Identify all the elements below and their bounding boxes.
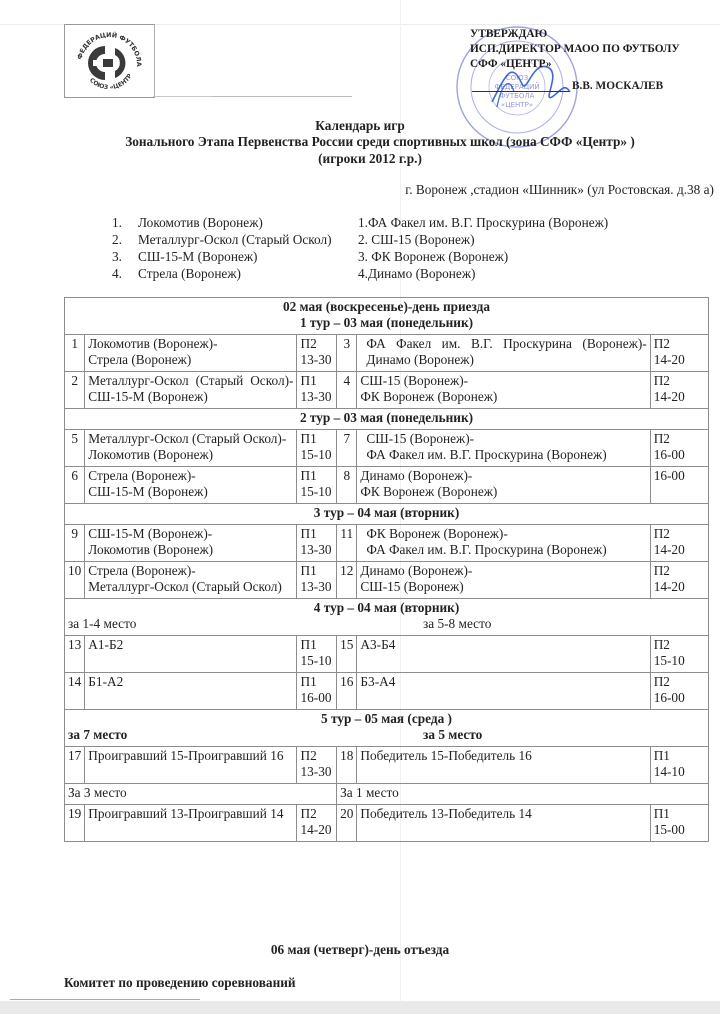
page-bottom-edge xyxy=(0,1001,720,1014)
match-teams: СШ-15 (Воронеж)-ФК Воронеж (Воронеж) xyxy=(357,372,650,409)
match-number: 10 xyxy=(65,562,85,599)
approval-line: ИСП.ДИРЕКТОР МАОО ПО ФУТБОЛУ xyxy=(470,42,710,57)
team-item: 3.СШ-15-М (Воронеж) xyxy=(112,248,332,265)
match-field-time: П113-30 xyxy=(297,525,337,562)
round-header-row: 02 мая (воскресенье)-день приезда1 тур –… xyxy=(65,298,709,335)
match-number: 3 xyxy=(337,335,357,372)
match-row: 14Б1-А2П116-0016Б3-А4П216-00 xyxy=(65,673,709,710)
match-teams: Б3-А4 xyxy=(357,673,650,710)
round-header: 02 мая (воскресенье)-день приезда1 тур –… xyxy=(65,298,709,335)
match-teams: Металлург-Оскол (Старый Оскол)-СШ-15-М (… xyxy=(85,372,297,409)
match-teams: А3-Б4 xyxy=(357,636,650,673)
doc-title: Календарь игр xyxy=(0,117,720,134)
match-number: 17 xyxy=(65,747,85,784)
match-teams: Локомотив (Воронеж)-Стрела (Воронеж) xyxy=(85,335,297,372)
match-field-time: П115-10 xyxy=(297,467,337,504)
match-row: 19Проигравший 13-Проигравший 14П214-2020… xyxy=(65,805,709,842)
footer-rule xyxy=(10,999,200,1000)
match-field-time: П114-10 xyxy=(650,747,708,784)
round-header-row: 5 тур – 05 мая (среда )за 7 местоза 5 ме… xyxy=(65,710,709,747)
round-header: 2 тур – 03 мая (понедельник) xyxy=(65,409,709,430)
match-row: 2Металлург-Оскол (Старый Оскол)-СШ-15-М … xyxy=(65,372,709,409)
match-teams: А1-Б2 xyxy=(85,636,297,673)
match-number: 7 xyxy=(337,430,357,467)
match-number: 12 xyxy=(337,562,357,599)
placement-label: за 7 место xyxy=(68,727,127,743)
federation-logo: ФЕДЕРАЦИЙ ФУТБОЛА СОЮЗ «ЦЕНТР» xyxy=(64,24,155,98)
svg-text:ФЕДЕРАЦИЙ: ФЕДЕРАЦИЙ xyxy=(494,82,539,91)
match-number: 18 xyxy=(337,747,357,784)
match-field-time: 16-00 xyxy=(650,467,708,504)
placement-row: За 3 местоЗа 1 место xyxy=(65,784,709,805)
placement-label: За 1 место xyxy=(337,784,709,805)
schedule-table: 02 мая (воскресенье)-день приезда1 тур –… xyxy=(64,297,709,842)
round-title: 5 тур – 05 мая (среда ) xyxy=(68,711,705,727)
match-field-time: П216-00 xyxy=(650,430,708,467)
match-teams: Металлург-Оскол (Старый Оскол)-Локомотив… xyxy=(85,430,297,467)
match-teams: Победитель 13-Победитель 14 xyxy=(357,805,650,842)
match-number: 20 xyxy=(337,805,357,842)
match-number: 16 xyxy=(337,673,357,710)
match-number: 14 xyxy=(65,673,85,710)
match-field-time: П214-20 xyxy=(650,562,708,599)
federation-logo-icon: ФЕДЕРАЦИЙ ФУТБОЛА СОЮЗ «ЦЕНТР» xyxy=(65,25,154,97)
match-field-time: П214-20 xyxy=(650,525,708,562)
match-number: 19 xyxy=(65,805,85,842)
team-item: 4.Стрела (Воронеж) xyxy=(112,265,332,282)
match-teams: Стрела (Воронеж)-СШ-15-М (Воронеж) xyxy=(85,467,297,504)
round-header-row: 3 тур – 04 мая (вторник) xyxy=(65,504,709,525)
round-header-row: 2 тур – 03 мая (понедельник) xyxy=(65,409,709,430)
match-field-time: П214-20 xyxy=(650,335,708,372)
match-row: 6Стрела (Воронеж)-СШ-15-М (Воронеж)П115-… xyxy=(65,467,709,504)
round-title: 1 тур – 03 мая (понедельник) xyxy=(68,315,705,331)
doc-age-group: (игроки 2012 г.р.) xyxy=(10,150,720,167)
round-title: 3 тур – 04 мая (вторник) xyxy=(68,505,705,521)
match-teams: СШ-15-М (Воронеж)-Локомотив (Воронеж) xyxy=(85,525,297,562)
match-number: 9 xyxy=(65,525,85,562)
svg-text:ФУТБОЛА: ФУТБОЛА xyxy=(500,92,535,100)
match-field-time: П115-00 xyxy=(650,805,708,842)
match-teams: Проигравший 15-Проигравший 16 xyxy=(85,747,297,784)
match-teams: Проигравший 13-Проигравший 14 xyxy=(85,805,297,842)
match-field-time: П116-00 xyxy=(297,673,337,710)
match-number: 5 xyxy=(65,430,85,467)
team-item: 2.Металлург-Оскол (Старый Оскол) xyxy=(112,231,332,248)
match-row: 1Локомотив (Воронеж)-Стрела (Воронеж)П21… xyxy=(65,335,709,372)
match-teams: ФА Факел им. В.Г. Проскурина (Воронеж)-Д… xyxy=(357,335,650,372)
approval-block: УТВЕРЖДАЮ ИСП.ДИРЕКТОР МАОО ПО ФУТБОЛУ С… xyxy=(470,27,710,72)
match-number: 1 xyxy=(65,335,85,372)
match-teams: СШ-15 (Воронеж)-ФА Факел им. В.Г. Проску… xyxy=(357,430,650,467)
match-field-time: П214-20 xyxy=(297,805,337,842)
placement-labels: за 1-4 местоза 5-8 место xyxy=(68,616,705,632)
match-row: 17Проигравший 15-Проигравший 16П213-3018… xyxy=(65,747,709,784)
header-rule xyxy=(212,96,352,97)
signature-line xyxy=(472,91,569,92)
match-number: 4 xyxy=(337,372,357,409)
doc-subtitle: Зонального Этапа Первенства России среди… xyxy=(20,133,720,150)
match-field-time: П214-20 xyxy=(650,372,708,409)
match-teams: Победитель 15-Победитель 16 xyxy=(357,747,650,784)
committee-signature: Комитет по проведению соревнований xyxy=(64,975,296,991)
departure-day: 06 мая (четверг)-день отъезда xyxy=(0,942,720,958)
svg-text:СОЮЗ: СОЮЗ xyxy=(506,74,529,82)
match-teams: Динамо (Воронеж)-СШ-15 (Воронеж) xyxy=(357,562,650,599)
header-rule xyxy=(153,96,213,97)
match-teams: Б1-А2 xyxy=(85,673,297,710)
round-header: 3 тур – 04 мая (вторник) xyxy=(65,504,709,525)
match-number: 11 xyxy=(337,525,357,562)
match-field-time: П213-30 xyxy=(297,747,337,784)
round-title: 2 тур – 03 мая (понедельник) xyxy=(68,410,705,426)
match-field-time: П216-00 xyxy=(650,673,708,710)
approval-line: УТВЕРЖДАЮ xyxy=(470,27,710,42)
venue-address: г. Воронеж ,стадион «Шинник» (ул Ростовс… xyxy=(405,182,714,198)
arrival-day: 02 мая (воскресенье)-день приезда xyxy=(68,299,705,315)
match-teams: Стрела (Воронеж)-Металлург-Оскол (Старый… xyxy=(85,562,297,599)
placement-labels: за 7 местоза 5 место xyxy=(68,727,705,743)
team-item: 1.Локомотив (Воронеж) xyxy=(112,214,332,231)
match-field-time: П113-30 xyxy=(297,562,337,599)
placement-label: за 5-8 место xyxy=(423,616,705,632)
team-item: 3. ФК Воронеж (Воронеж) xyxy=(358,248,608,265)
match-number: 2 xyxy=(65,372,85,409)
match-field-time: П115-10 xyxy=(297,636,337,673)
round-title: 4 тур – 04 мая (вторник) xyxy=(68,600,705,616)
match-number: 15 xyxy=(337,636,357,673)
placement-label: За 3 место xyxy=(65,784,337,805)
match-number: 8 xyxy=(337,467,357,504)
round-header: 5 тур – 05 мая (среда )за 7 местоза 5 ме… xyxy=(65,710,709,747)
team-item: 4.Динамо (Воронеж) xyxy=(358,265,608,282)
match-teams: ФК Воронеж (Воронеж)-ФА Факел им. В.Г. П… xyxy=(357,525,650,562)
group-b-list: 1.ФА Факел им. В.Г. Проскурина (Воронеж)… xyxy=(358,214,608,282)
match-field-time: П113-30 xyxy=(297,372,337,409)
placement-label: за 1-4 место xyxy=(68,616,136,632)
match-row: 10Стрела (Воронеж)-Металлург-Оскол (Стар… xyxy=(65,562,709,599)
placement-label: за 5 место xyxy=(423,727,705,743)
match-number: 6 xyxy=(65,467,85,504)
approval-line: СФФ «ЦЕНТР» xyxy=(470,57,710,72)
round-header: 4 тур – 04 мая (вторник)за 1-4 местоза 5… xyxy=(65,599,709,636)
group-a-list: 1.Локомотив (Воронеж) 2.Металлург-Оскол … xyxy=(112,214,332,282)
match-field-time: П215-10 xyxy=(650,636,708,673)
match-field-time: П213-30 xyxy=(297,335,337,372)
match-number: 13 xyxy=(65,636,85,673)
signer-name: В.В. МОСКАЛЕВ xyxy=(572,80,663,92)
team-item: 1.ФА Факел им. В.Г. Проскурина (Воронеж) xyxy=(358,214,608,231)
match-row: 5Металлург-Оскол (Старый Оскол)-Локомоти… xyxy=(65,430,709,467)
svg-text:«ЦЕНТР»: «ЦЕНТР» xyxy=(501,101,533,109)
match-row: 9СШ-15-М (Воронеж)-Локомотив (Воронеж)П1… xyxy=(65,525,709,562)
round-header-row: 4 тур – 04 мая (вторник)за 1-4 местоза 5… xyxy=(65,599,709,636)
match-field-time: П115-10 xyxy=(297,430,337,467)
match-row: 13А1-Б2П115-1015А3-Б4П215-10 xyxy=(65,636,709,673)
match-teams: Динамо (Воронеж)-ФК Воронеж (Воронеж) xyxy=(357,467,650,504)
team-item: 2. СШ-15 (Воронеж) xyxy=(358,231,608,248)
